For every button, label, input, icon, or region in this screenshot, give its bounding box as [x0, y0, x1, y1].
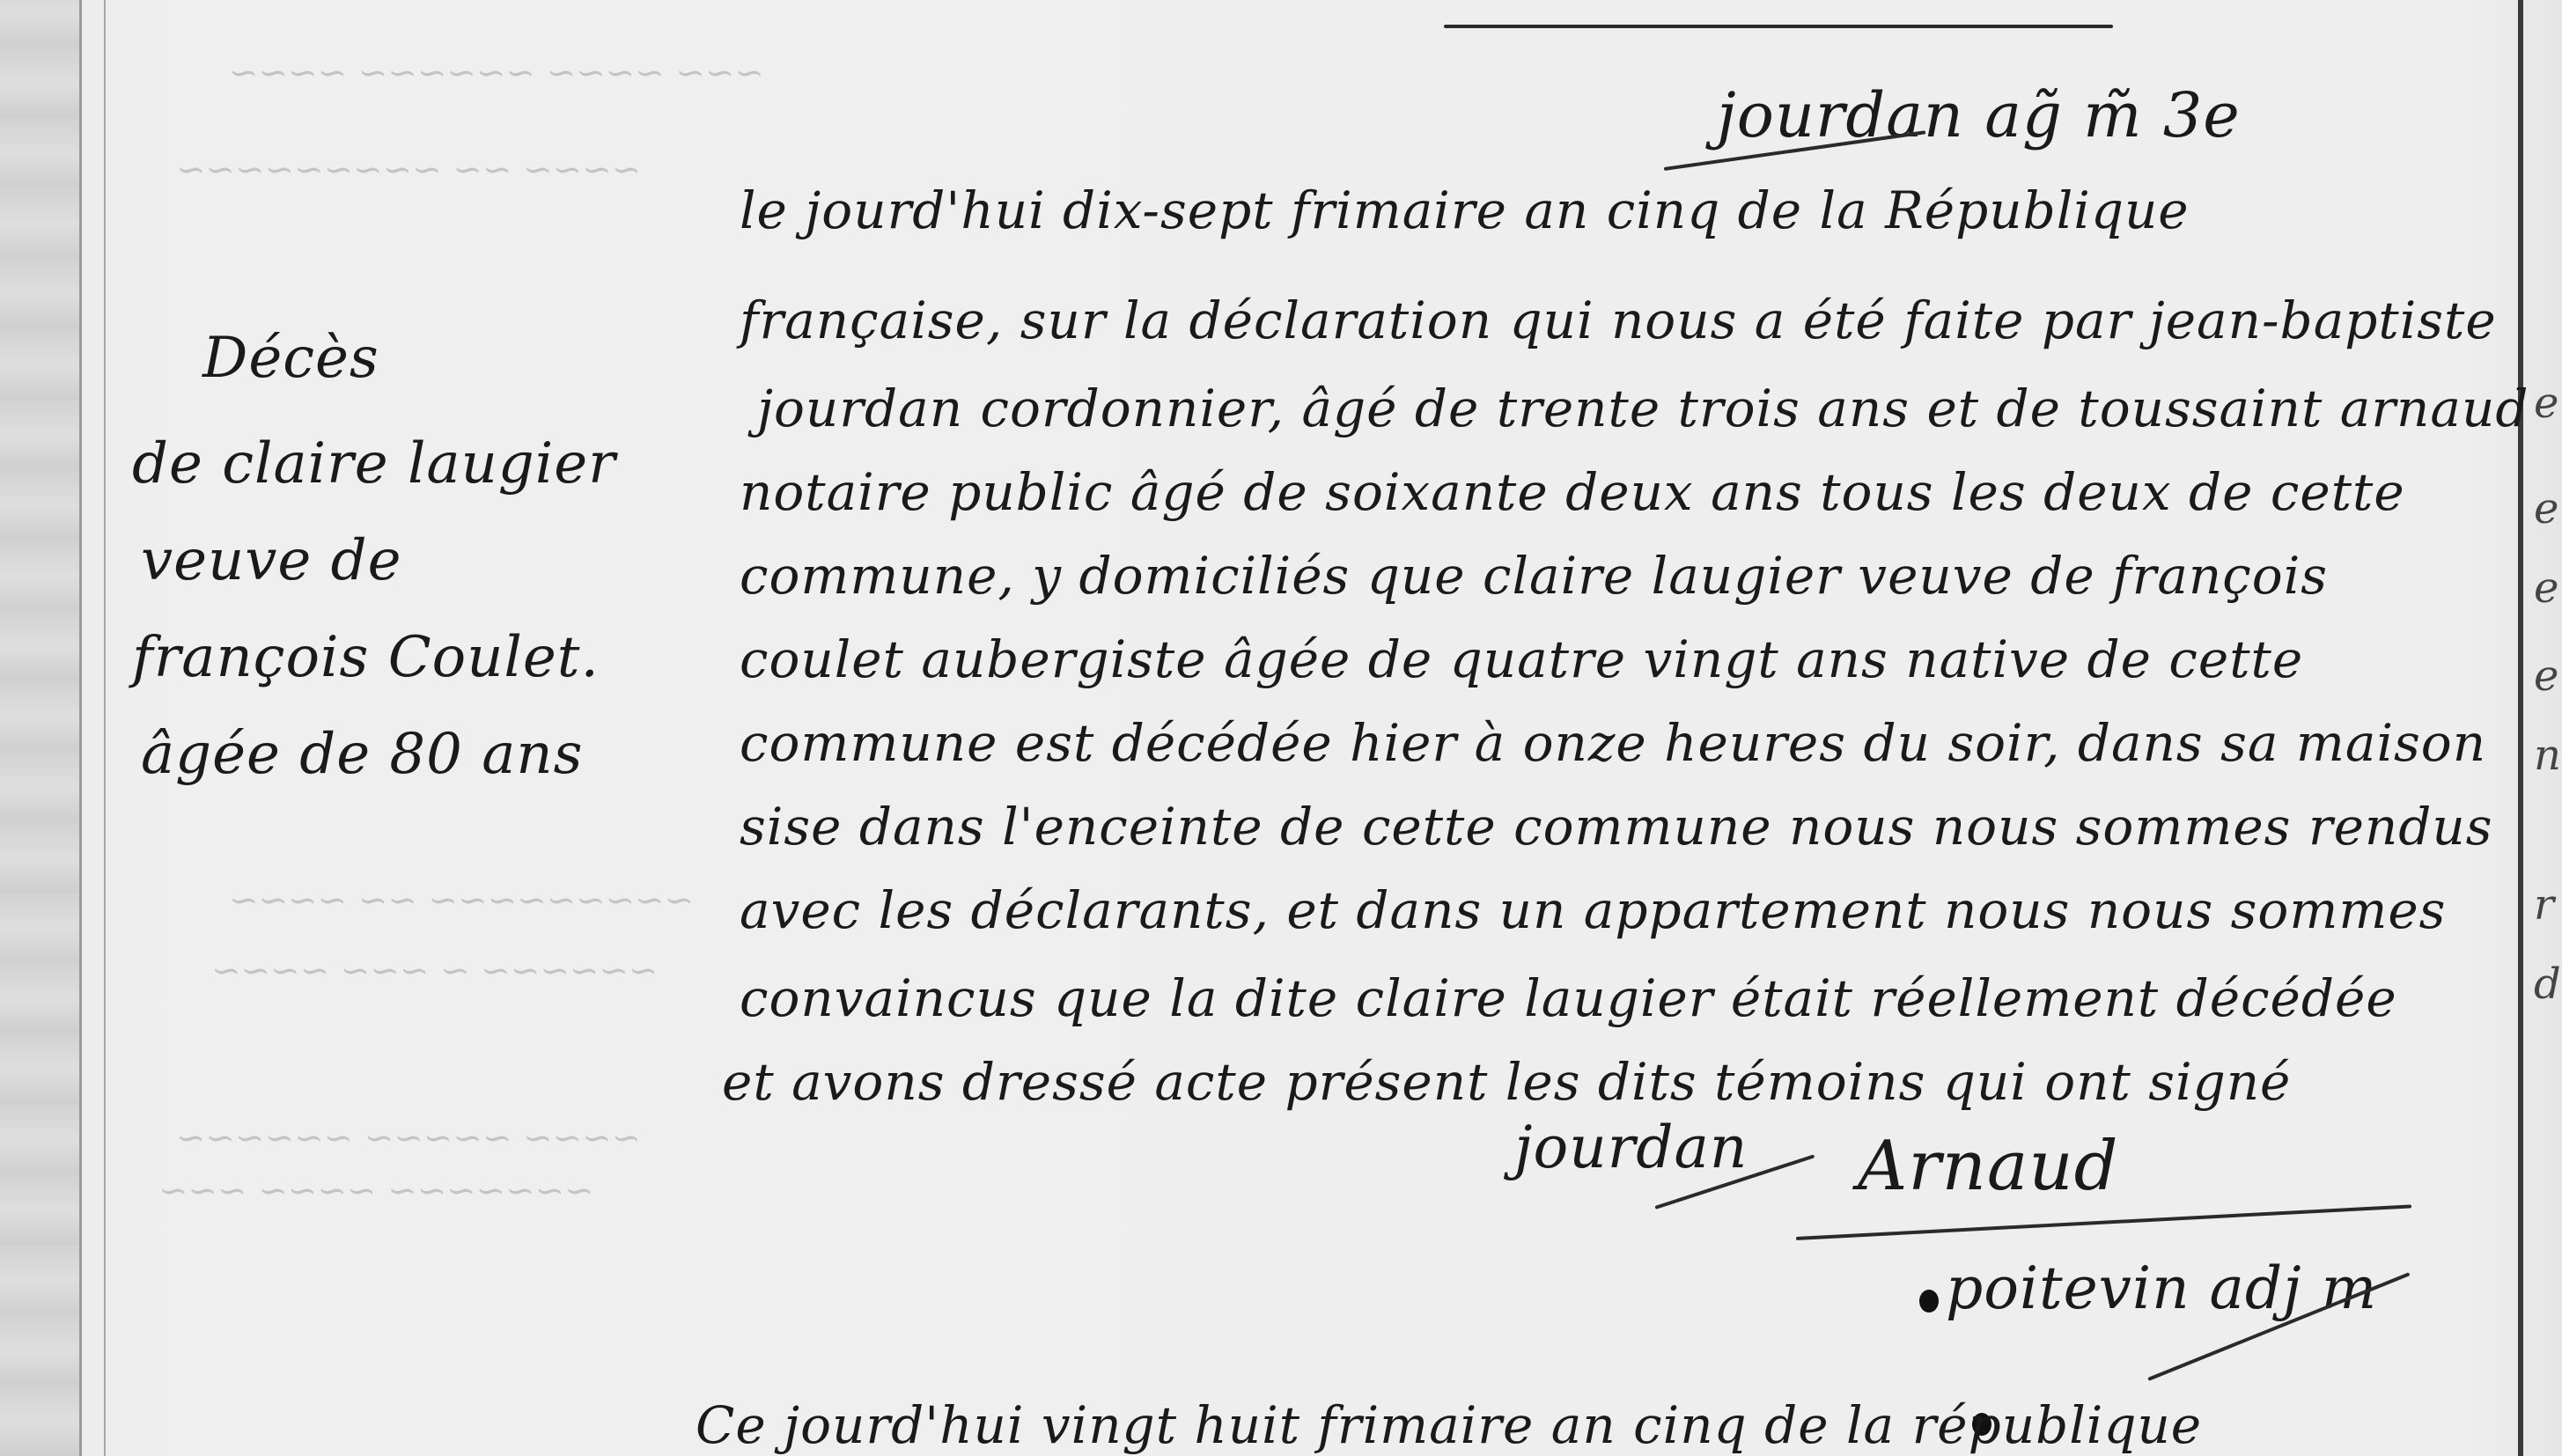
signature-jourdan: jourdan [1514, 1114, 1748, 1181]
ink-blot [1919, 1290, 1939, 1313]
right-column-rule [2518, 0, 2523, 1456]
signature-arnaud: Arnaud [1858, 1127, 2119, 1206]
previous-entry-flourish [1444, 25, 2113, 28]
entry-body-line: notaire public âgé de soixante deux ans … [740, 462, 2405, 522]
bleed-through-text: ~~~~~~ ~ ~~~ ~~~~ [211, 951, 658, 991]
header-annotation: jourdan ag̃ m̃ 3e [1717, 79, 2241, 151]
signature-flourish [1796, 1204, 2411, 1240]
bleed-through-text: ~~~ ~~~~ ~~~~~~ ~~~~ [229, 53, 764, 93]
margin-note-line: âgée de 80 ans [141, 722, 583, 787]
entry-body-line: sise dans l'enceinte de cette commune no… [740, 797, 2493, 857]
margin-note-line: veuve de [141, 528, 401, 593]
bleed-through-text: ~~~~ ~~~~~ ~~~~~~ [176, 1118, 641, 1158]
margin-note-line: françois Coulet. [132, 625, 600, 690]
bleed-through-text: ~~~~~~~~~ ~~ ~~~~ [229, 880, 694, 921]
register-page: ~~~ ~~~~ ~~~~~~ ~~~~ ~~~~ ~~ ~~~~~~~~~ ~… [0, 0, 2562, 1456]
adjacent-page-fragment: e [2534, 484, 2558, 533]
margin-rule-line [104, 0, 106, 1456]
entry-body-line: et avons dressé acte présent les dits té… [722, 1052, 2291, 1112]
margin-note-title: Décès [202, 326, 379, 391]
margin-note-line: de claire laugier [132, 431, 616, 496]
entry-body-line: commune, y domiciliés que claire laugier… [740, 546, 2328, 606]
entry-body-line: avec les déclarants, et dans un appartem… [740, 880, 2446, 940]
entry-body-line: commune est décédée hier à onze heures d… [740, 713, 2486, 773]
bleed-through-text: ~~~~~~~ ~~~~ ~~~ [158, 1171, 594, 1211]
entry-body-line: convaincus que la dite claire laugier ét… [740, 968, 2397, 1028]
adjacent-page-fragment: n [2534, 731, 2561, 780]
adjacent-page-fragment: e [2534, 563, 2558, 613]
bleed-through-text: ~~~~ ~~ ~~~~~~~~~ [176, 150, 641, 190]
entry-body-line: française, sur la déclaration qui nous a… [740, 290, 2497, 350]
page-binding-edge [0, 0, 82, 1456]
next-entry-first-line: Ce jourd'hui vingt huit frimaire an cinq… [696, 1395, 2202, 1455]
entry-body-line: le jourd'hui dix-sept frimaire an cinq d… [740, 180, 2190, 240]
adjacent-page-fragment: e [2534, 651, 2558, 701]
adjacent-page-fragment: d [2534, 960, 2561, 1009]
entry-body-line: jourdan cordonnier, âgé de trente trois … [757, 379, 2529, 438]
adjacent-page-fragment: r [2534, 880, 2554, 930]
adjacent-page-fragment: e [2534, 379, 2558, 428]
entry-body-line: coulet aubergiste âgée de quatre vingt a… [740, 629, 2303, 689]
